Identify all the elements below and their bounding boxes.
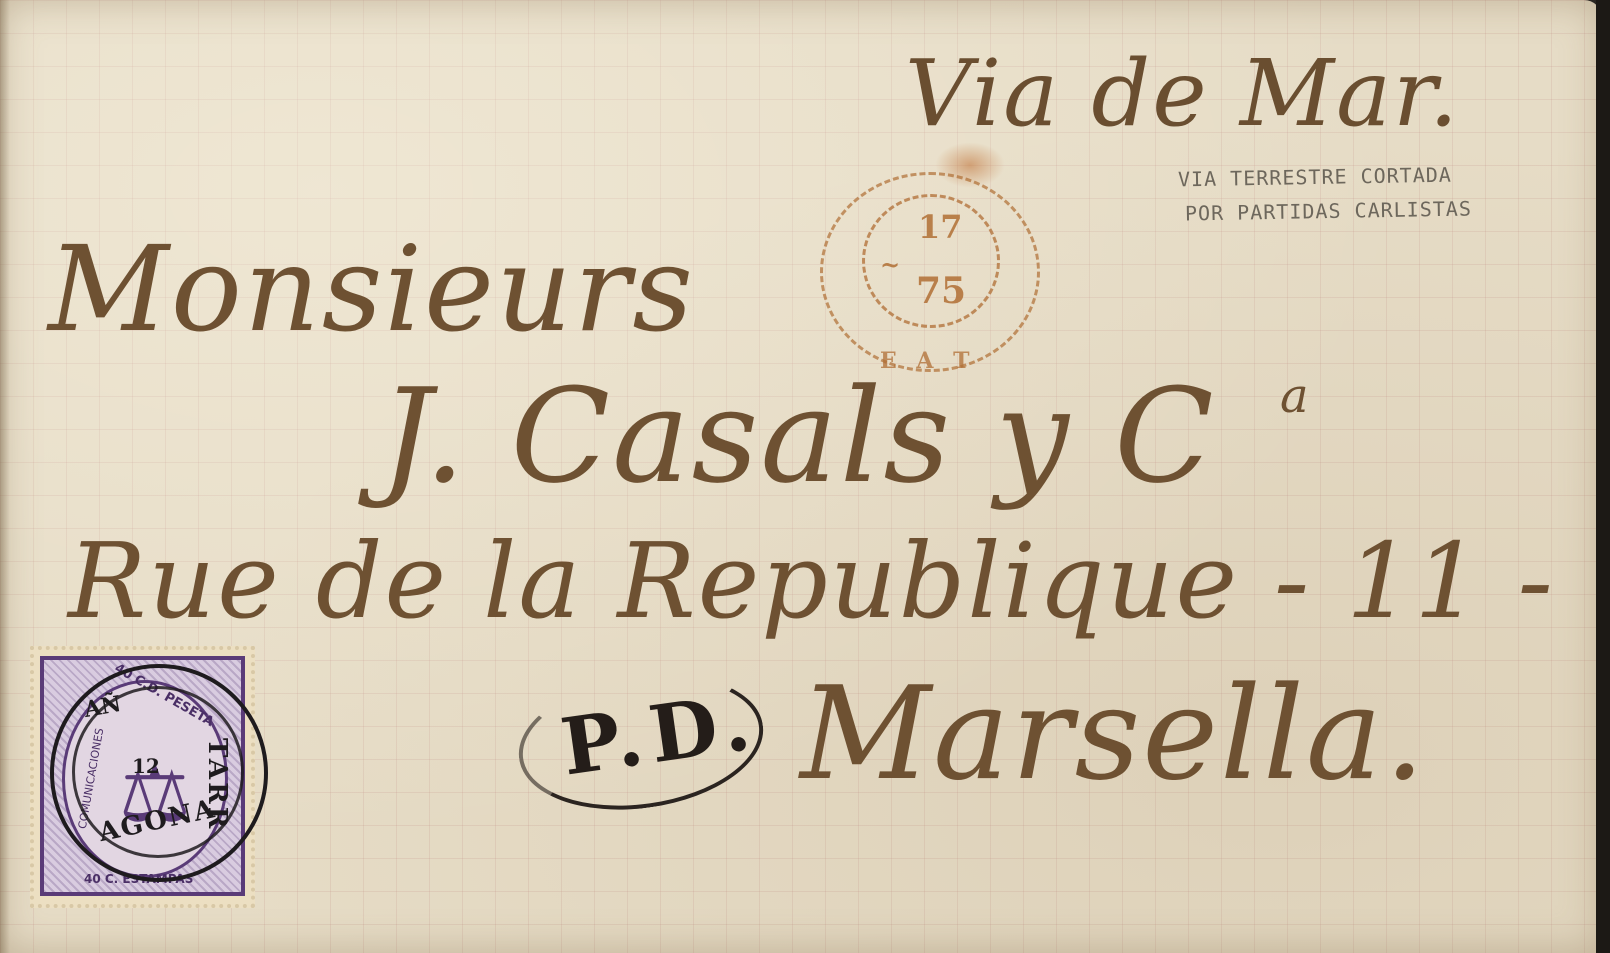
address-city: Marsella.: [800, 660, 1427, 809]
address-recipient-superscript: a: [1280, 368, 1309, 424]
background-edge: [1596, 0, 1610, 953]
address-recipient: J. Casals y C: [380, 360, 1216, 512]
pd-handstamp: P.D.: [510, 660, 772, 825]
datestamp-month-mark: ~: [880, 250, 900, 279]
pencil-note-line-1: VIA TERRESTRE CORTADA: [1178, 160, 1452, 195]
cancellation-date: 12: [132, 754, 160, 778]
datestamp-year: 75: [916, 270, 966, 312]
routing-instruction: Via de Mar.: [905, 40, 1460, 147]
envelope-left-edge: [0, 0, 10, 953]
address-salutation: Monsieurs: [48, 220, 695, 358]
cancellation-postmark: AÑ 12 TARR AGONA: [50, 664, 268, 882]
arrival-datestamp: 17 ~ 75 E A T: [820, 172, 1040, 372]
datestamp-day: 17: [918, 208, 963, 246]
address-street: Rue de la Republique - 11 -: [68, 520, 1555, 642]
pd-handstamp-text: P.D.: [556, 676, 764, 794]
envelope-cover: Via de Mar. VIA TERRESTRE CORTADA POR PA…: [0, 0, 1602, 953]
pencil-note-line-2: POR PARTIDAS CARLISTAS: [1185, 193, 1472, 228]
